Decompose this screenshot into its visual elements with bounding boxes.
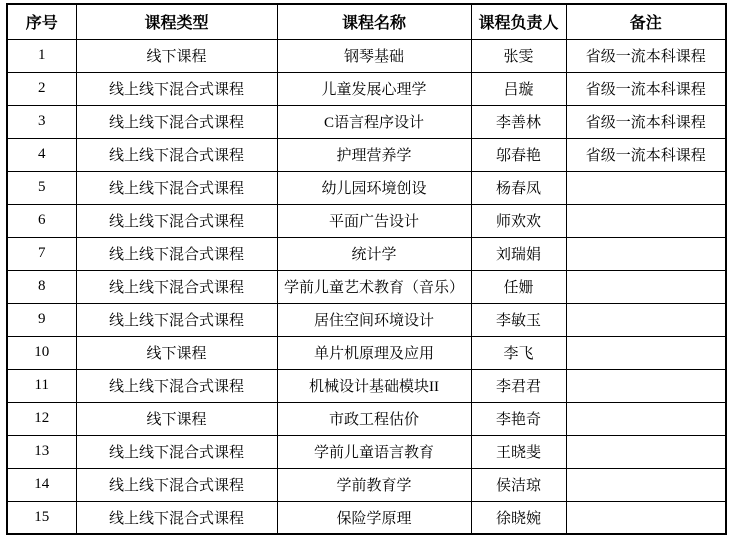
cell-remarks (566, 237, 726, 270)
cell-remarks (566, 369, 726, 402)
table-body: 1线下课程钢琴基础张雯省级一流本科课程2线上线下混合式课程儿童发展心理学吕璇省级… (7, 39, 726, 534)
cell-remarks (566, 204, 726, 237)
cell-course-type: 线上线下混合式课程 (76, 237, 277, 270)
cell-course-name: 学前儿童语言教育 (277, 435, 471, 468)
table-row: 10线下课程单片机原理及应用李飞 (7, 336, 726, 369)
cell-index: 8 (7, 270, 76, 303)
header-course-name: 课程名称 (277, 4, 471, 39)
cell-course-leader: 刘瑞娟 (471, 237, 566, 270)
cell-course-leader: 邬春艳 (471, 138, 566, 171)
cell-course-name: 幼儿园环境创设 (277, 171, 471, 204)
cell-course-leader: 吕璇 (471, 72, 566, 105)
cell-course-type: 线上线下混合式课程 (76, 270, 277, 303)
cell-course-leader: 徐晓婉 (471, 501, 566, 534)
cell-index: 9 (7, 303, 76, 336)
cell-index: 1 (7, 39, 76, 72)
table-row: 2线上线下混合式课程儿童发展心理学吕璇省级一流本科课程 (7, 72, 726, 105)
table-row: 1线下课程钢琴基础张雯省级一流本科课程 (7, 39, 726, 72)
cell-course-type: 线上线下混合式课程 (76, 303, 277, 336)
cell-course-name: 学前教育学 (277, 468, 471, 501)
table-row: 3线上线下混合式课程C语言程序设计李善林省级一流本科课程 (7, 105, 726, 138)
cell-course-name: 单片机原理及应用 (277, 336, 471, 369)
header-course-leader: 课程负责人 (471, 4, 566, 39)
header-row: 序号 课程类型 课程名称 课程负责人 备注 (7, 4, 726, 39)
cell-course-type: 线上线下混合式课程 (76, 468, 277, 501)
header-index: 序号 (7, 4, 76, 39)
cell-course-leader: 李君君 (471, 369, 566, 402)
cell-index: 12 (7, 402, 76, 435)
cell-index: 2 (7, 72, 76, 105)
cell-course-name: 平面广告设计 (277, 204, 471, 237)
table-row: 6线上线下混合式课程平面广告设计师欢欢 (7, 204, 726, 237)
table-header: 序号 课程类型 课程名称 课程负责人 备注 (7, 4, 726, 39)
cell-course-type: 线上线下混合式课程 (76, 204, 277, 237)
cell-course-leader: 张雯 (471, 39, 566, 72)
table-row: 7线上线下混合式课程统计学刘瑞娟 (7, 237, 726, 270)
header-course-type: 课程类型 (76, 4, 277, 39)
cell-index: 11 (7, 369, 76, 402)
cell-course-leader: 王晓斐 (471, 435, 566, 468)
cell-remarks: 省级一流本科课程 (566, 138, 726, 171)
table-row: 4线上线下混合式课程护理营养学邬春艳省级一流本科课程 (7, 138, 726, 171)
table-row: 5线上线下混合式课程幼儿园环境创设杨春凤 (7, 171, 726, 204)
cell-index: 7 (7, 237, 76, 270)
cell-remarks (566, 336, 726, 369)
cell-index: 3 (7, 105, 76, 138)
table-row: 15线上线下混合式课程保险学原理徐晓婉 (7, 501, 726, 534)
cell-remarks (566, 402, 726, 435)
cell-course-name: 护理营养学 (277, 138, 471, 171)
table-row: 8线上线下混合式课程学前儿童艺术教育（音乐）任姗 (7, 270, 726, 303)
cell-course-type: 线上线下混合式课程 (76, 171, 277, 204)
course-table: 序号 课程类型 课程名称 课程负责人 备注 1线下课程钢琴基础张雯省级一流本科课… (6, 3, 727, 535)
cell-course-type: 线上线下混合式课程 (76, 501, 277, 534)
cell-index: 15 (7, 501, 76, 534)
cell-remarks (566, 501, 726, 534)
table-row: 12线下课程市政工程估价李艳奇 (7, 402, 726, 435)
cell-course-name: 机械设计基础模块II (277, 369, 471, 402)
cell-course-leader: 李艳奇 (471, 402, 566, 435)
cell-course-name: 学前儿童艺术教育（音乐） (277, 270, 471, 303)
table-row: 13线上线下混合式课程学前儿童语言教育王晓斐 (7, 435, 726, 468)
cell-course-leader: 李敏玉 (471, 303, 566, 336)
cell-course-type: 线下课程 (76, 39, 277, 72)
cell-index: 14 (7, 468, 76, 501)
cell-index: 10 (7, 336, 76, 369)
cell-remarks (566, 468, 726, 501)
cell-index: 4 (7, 138, 76, 171)
cell-course-leader: 杨春凤 (471, 171, 566, 204)
cell-course-type: 线上线下混合式课程 (76, 435, 277, 468)
cell-course-leader: 李飞 (471, 336, 566, 369)
cell-course-type: 线上线下混合式课程 (76, 369, 277, 402)
cell-remarks (566, 435, 726, 468)
cell-remarks (566, 270, 726, 303)
cell-index: 6 (7, 204, 76, 237)
cell-course-name: 钢琴基础 (277, 39, 471, 72)
cell-course-type: 线下课程 (76, 402, 277, 435)
table-row: 9线上线下混合式课程居住空间环境设计李敏玉 (7, 303, 726, 336)
cell-course-type: 线上线下混合式课程 (76, 105, 277, 138)
cell-remarks: 省级一流本科课程 (566, 72, 726, 105)
table-row: 14线上线下混合式课程学前教育学侯洁琼 (7, 468, 726, 501)
cell-course-name: C语言程序设计 (277, 105, 471, 138)
cell-remarks (566, 171, 726, 204)
cell-course-leader: 侯洁琼 (471, 468, 566, 501)
table-row: 11线上线下混合式课程机械设计基础模块II李君君 (7, 369, 726, 402)
cell-index: 5 (7, 171, 76, 204)
cell-course-type: 线上线下混合式课程 (76, 72, 277, 105)
course-table-container: 序号 课程类型 课程名称 课程负责人 备注 1线下课程钢琴基础张雯省级一流本科课… (6, 3, 727, 535)
cell-course-type: 线上线下混合式课程 (76, 138, 277, 171)
cell-remarks: 省级一流本科课程 (566, 39, 726, 72)
cell-course-type: 线下课程 (76, 336, 277, 369)
cell-remarks (566, 303, 726, 336)
cell-course-name: 统计学 (277, 237, 471, 270)
cell-course-leader: 师欢欢 (471, 204, 566, 237)
cell-course-name: 儿童发展心理学 (277, 72, 471, 105)
header-remarks: 备注 (566, 4, 726, 39)
cell-remarks: 省级一流本科课程 (566, 105, 726, 138)
cell-course-name: 居住空间环境设计 (277, 303, 471, 336)
cell-course-name: 保险学原理 (277, 501, 471, 534)
cell-index: 13 (7, 435, 76, 468)
cell-course-leader: 李善林 (471, 105, 566, 138)
cell-course-leader: 任姗 (471, 270, 566, 303)
cell-course-name: 市政工程估价 (277, 402, 471, 435)
